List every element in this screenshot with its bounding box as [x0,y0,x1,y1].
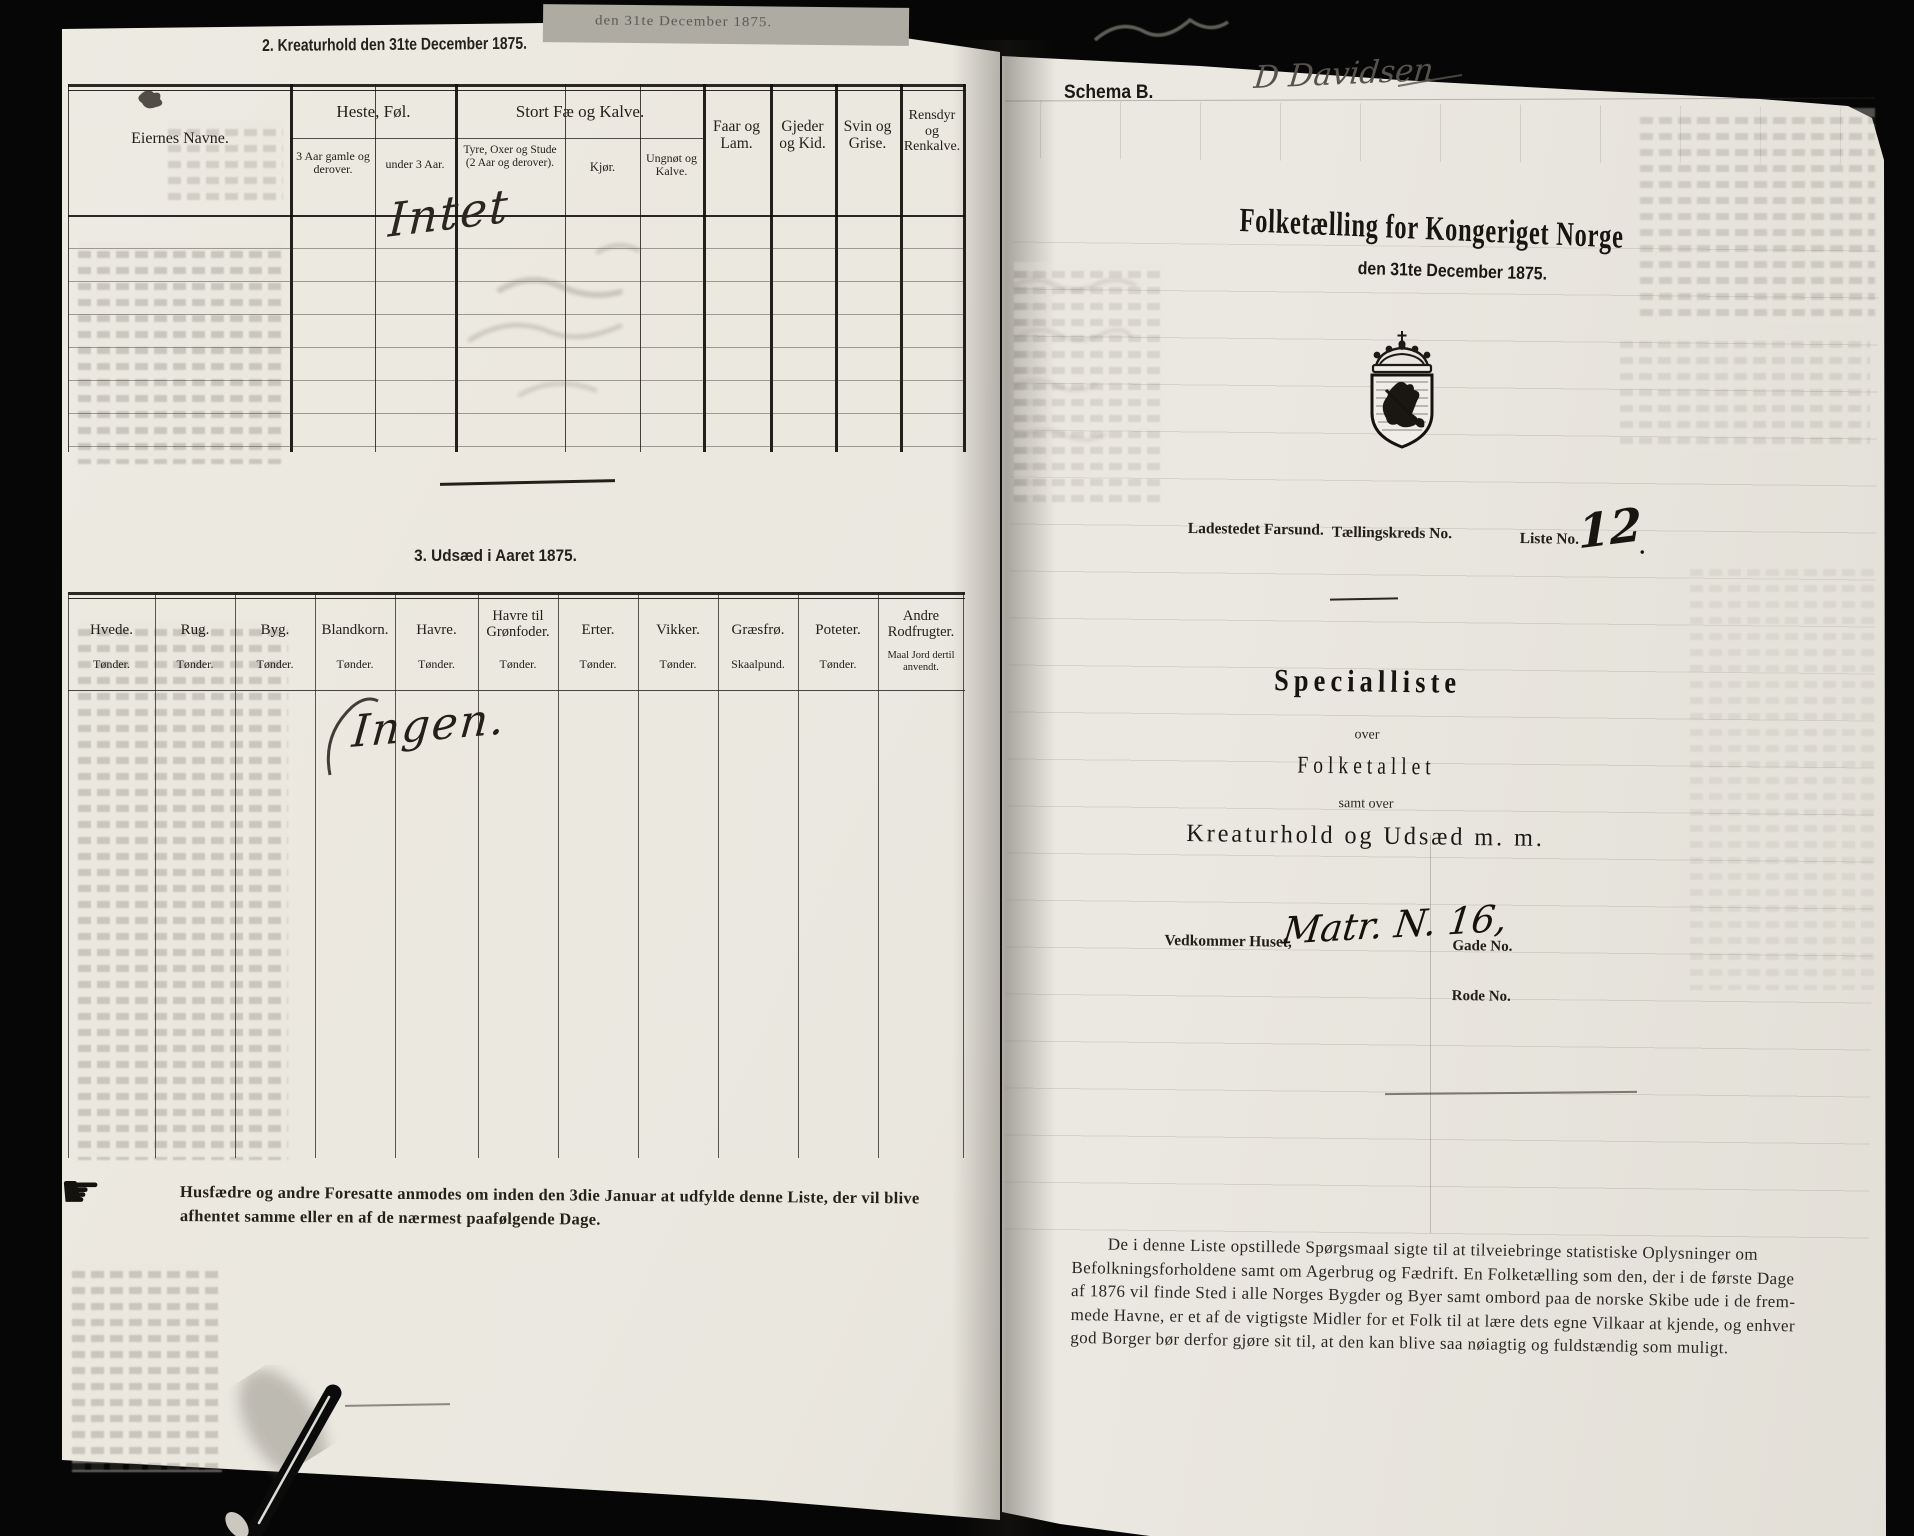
pen-icon [175,1365,405,1536]
ghost-handwriting-strokes [0,0,1914,1536]
scanned-census-photo: den 31te December 1875. 2. Kreaturhold d… [0,0,1914,1536]
